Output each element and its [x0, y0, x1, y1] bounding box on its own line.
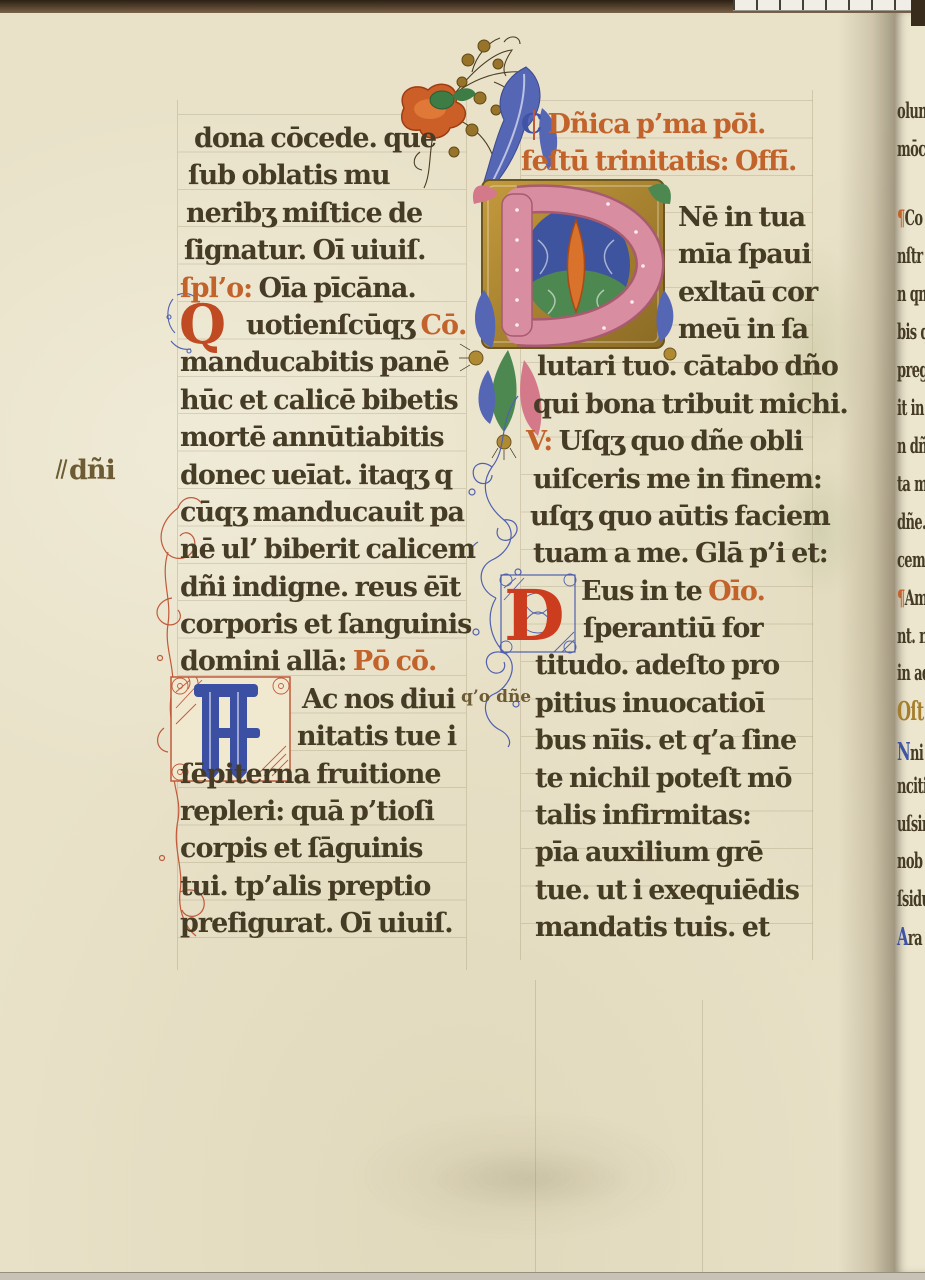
text-line: mortē annūtiabitis	[180, 419, 468, 456]
text-segment: te nichil poteſt mō	[535, 763, 792, 794]
text-segment: mandatis tuis. et	[535, 912, 769, 943]
text-segment: olum	[897, 98, 925, 123]
text-line: qui bona tribuit michi.	[521, 386, 813, 423]
text-segment: Co d	[905, 205, 925, 230]
text-line: ſēpiterna fruitione	[180, 756, 468, 793]
text-segment: mōc	[897, 136, 925, 161]
text-line: neribʒ miſtice de	[180, 195, 468, 232]
parchment-crease	[702, 1000, 703, 1272]
text-segment: tuam a me. Glā p’i et:	[533, 538, 828, 569]
text-line: pīa auxilium grē	[521, 834, 813, 871]
text-segment: Amo	[905, 585, 925, 610]
text-line: CDñica p’ma pōi.	[521, 106, 813, 143]
text-line: manducabitis panē	[180, 344, 468, 381]
text-line: V: Uſqʒ quo dñe obli	[521, 423, 813, 460]
facing-page-text-fragment: ncitis	[897, 773, 925, 798]
text-line: pitius inuocatioī	[521, 685, 813, 722]
facing-page-text-fragment: ¶Co d	[897, 205, 925, 230]
facing-page-text-fragment: nſtr r	[897, 243, 925, 268]
text-segment: corpis et ſāguinis	[180, 833, 422, 864]
text-line: lutari tuo. cātabo dño	[521, 348, 813, 385]
text-segment: uiſceris me in finem:	[533, 464, 822, 495]
facing-page-text-fragment: dñe.	[897, 509, 925, 534]
text-line: exltaū cor	[521, 274, 813, 311]
text-segment: Oīa pīcāna.	[259, 273, 416, 304]
text-segment: tui. tp’alis preptio	[180, 871, 430, 902]
facing-page-text-fragment: nt. nec n	[897, 623, 925, 648]
text-segment: meū in ſa	[678, 314, 808, 345]
text-segment: n dñs	[897, 433, 925, 458]
text-segment: bus nīis. et q’a ſine	[535, 725, 796, 756]
text-line: dñi indigne. reus ēīt	[180, 569, 468, 606]
text-segment: it in d	[897, 395, 925, 420]
text-line: nitatis tue i	[180, 718, 468, 755]
text-line: mandatis tuis. et	[521, 909, 813, 946]
text-line: dona cōcede. que	[180, 120, 468, 157]
text-line: domini allā: Pō cō.	[180, 643, 468, 680]
text-segment: ſignatur. Oī uiuiſ.	[184, 235, 426, 266]
parchment-crease	[535, 980, 536, 1272]
facing-page-text-fragment: Nni	[897, 737, 923, 766]
text-segment: uſsime.	[897, 811, 925, 836]
text-segment: pregr	[897, 357, 925, 382]
text-line: repleri: quā p’tioſi	[180, 793, 468, 830]
facing-page-text-fragment: mōc	[897, 136, 925, 161]
text-segment: donec ueīat. itaqʒ q	[180, 460, 452, 491]
gutter-shadow	[838, 13, 895, 1272]
text-line: nē ul’ biberit calicem	[180, 531, 468, 568]
caret-mark	[56, 457, 66, 479]
paraph-mark: C	[521, 106, 542, 143]
text-line: feſtū trinitatis: Offī.	[521, 143, 813, 180]
text-line: ſignatur. Oī uiuiſ.	[180, 232, 468, 269]
text-segment: hūc et calicē bibetis	[180, 385, 458, 416]
text-segment: prefigurat. Oī uiuiſ.	[180, 908, 453, 939]
text-segment: N	[897, 737, 910, 766]
text-segment: nitatis tue i	[297, 721, 456, 752]
text-segment: dñi indigne. reus ēīt	[180, 572, 460, 603]
text-segment: titudo. adeſto pro	[535, 650, 779, 681]
text-segment: ſpl’o:	[180, 273, 259, 304]
text-line: Nē in tua	[521, 199, 813, 236]
table-edge-bottom	[0, 1272, 925, 1280]
facing-page-text-fragment: pregr	[897, 357, 925, 382]
text-segment: repleri: quā p’tioſi	[180, 796, 434, 827]
text-segment: talis infirmitas:	[535, 800, 751, 831]
text-line: donec ueīat. itaqʒ q	[180, 457, 468, 494]
text-line: meū in ſa	[521, 311, 813, 348]
facing-page-text-fragment: cem n	[897, 547, 925, 572]
facing-page-text-fragment: it in d	[897, 395, 925, 420]
text-line: uiſceris me in finem:	[521, 461, 813, 498]
text-segment: Uſqʒ quo dñe obli	[559, 426, 803, 457]
text-line: Ac nos diui	[180, 681, 468, 718]
text-line: ſperantiū for	[521, 610, 813, 647]
facing-page-text-fragment: ta me	[897, 471, 925, 496]
text-segment: Oſt	[897, 697, 924, 727]
text-segment: corporis et ſanguinis	[180, 609, 471, 640]
text-line: Eus in te Oīo.	[521, 573, 813, 610]
text-segment: neribʒ miſtice de	[186, 198, 422, 229]
measuring-ruler	[733, 0, 915, 11]
text-segment: manducabitis panē	[180, 347, 449, 378]
text-segment: ſperantiū for	[583, 613, 763, 644]
text-segment: A	[897, 922, 908, 951]
text-segment: qui bona tribuit michi.	[533, 389, 848, 420]
text-segment: domini allā:	[180, 646, 353, 677]
text-segment: n qm	[897, 281, 925, 306]
text-segment: uſqʒ quo aūtis faciem	[530, 501, 830, 532]
marginal-note-right: q’o dñe	[461, 687, 531, 707]
text-segment: V:	[526, 426, 559, 457]
text-segment: Pō cō.	[353, 646, 437, 677]
text-segment: nē ul’ biberit calicem	[180, 534, 475, 565]
ink-show-through	[430, 1150, 630, 1210]
text-segment: Ac nos diui	[302, 684, 455, 715]
text-line: tuam a me. Glā p’i et:	[521, 535, 813, 572]
facing-page-text-fragment: n dñs	[897, 433, 925, 458]
facing-page-text-fragment: Ara	[897, 922, 922, 951]
facing-page-text-fragment: Oſt	[897, 697, 924, 727]
facing-page-text-fragment: ſsidum	[897, 886, 925, 911]
manuscript-photo: Q D dona cōcede. queſub oblatis muneri	[0, 0, 925, 1280]
text-segment: nt. nec n	[897, 623, 925, 648]
text-segment: Oīo.	[708, 576, 765, 607]
text-line: corpis et ſāguinis	[180, 830, 468, 867]
text-line: cūqʒ manducauit pa	[180, 494, 468, 531]
text-segment: ncitis	[897, 773, 925, 798]
facing-page-text-fragment: olum	[897, 98, 925, 123]
text-segment: dñe.	[897, 509, 925, 534]
text-segment: ſub oblatis mu	[188, 160, 390, 191]
text-segment: pīa auxilium grē	[535, 837, 763, 868]
facing-page-text-fragment: in adc	[897, 660, 925, 685]
text-segment: Dñica p’ma pōi.	[548, 109, 766, 140]
text-segment: uotienſcūqʒ	[246, 310, 420, 341]
text-segment: Cō.	[420, 310, 466, 341]
facing-page-text-fragment: uſsime.	[897, 811, 925, 836]
text-line: mīa ſpaui	[521, 236, 813, 273]
text-line: uotienſcūqʒ Cō.	[180, 307, 468, 344]
text-segment: ſsidum	[897, 886, 925, 911]
text-line: tui. tp’alis preptio	[180, 868, 468, 905]
text-line: prefigurat. Oī uiuiſ.	[180, 905, 468, 942]
text-segment: exltaū cor	[678, 277, 817, 308]
text-segment: bis q	[897, 319, 925, 344]
text-segment: in adc	[897, 660, 925, 685]
facing-page-text-fragment: n qm	[897, 281, 925, 306]
text-line: bus nīis. et q’a ſine	[521, 722, 813, 759]
text-segment: cūqʒ manducauit pa	[180, 497, 464, 528]
text-segment: cem n	[897, 547, 925, 572]
text-segment: ſēpiterna fruitione	[180, 759, 441, 790]
text-segment: feſtū trinitatis: Offī.	[521, 146, 796, 177]
text-line: hūc et calicē bibetis	[180, 382, 468, 419]
ink-show-through	[350, 1110, 690, 1240]
text-segment: ta me	[897, 471, 925, 496]
text-segment: lutari tuo. cātabo dño	[537, 351, 838, 382]
text-segment: Nē in tua	[678, 202, 805, 233]
text-line: ſub oblatis mu	[180, 157, 468, 194]
text-line: corporis et ſanguinis	[180, 606, 468, 643]
text-segment: mīa ſpaui	[678, 239, 811, 270]
right-text-column: CDñica p’ma pōi.feſtū trinitatis: Offī.N…	[521, 106, 813, 947]
text-line: uſqʒ quo aūtis faciem	[521, 498, 813, 535]
text-line: ſpl’o: Oīa pīcāna.	[180, 270, 468, 307]
text-segment: Eus in te	[581, 576, 708, 607]
left-text-column: dona cōcede. queſub oblatis muneribʒ miſ…	[180, 120, 468, 943]
text-segment: dona cōcede. que	[194, 123, 436, 154]
marginal-note-left: dñi	[56, 455, 115, 486]
facing-page-text-fragment: ¶Amo	[897, 585, 925, 610]
text-segment: ni	[910, 740, 923, 765]
text-segment: nſtr r	[897, 243, 925, 268]
text-segment: nob trib	[897, 848, 925, 873]
text-segment: tue. ut i exequiēdis	[535, 875, 799, 906]
text-line: tue. ut i exequiēdis	[521, 872, 813, 909]
text-line: titudo. adeſto pro	[521, 647, 813, 684]
binding-corner	[911, 0, 925, 26]
text-segment: ra	[908, 925, 922, 950]
facing-page-text-fragment: bis q	[897, 319, 925, 344]
text-line: te nichil poteſt mō	[521, 760, 813, 797]
text-segment: pitius inuocatioī	[535, 688, 765, 719]
text-segment: mortē annūtiabitis	[180, 422, 444, 453]
facing-page-text-fragment: nob trib	[897, 848, 925, 873]
text-line: talis infirmitas:	[521, 797, 813, 834]
